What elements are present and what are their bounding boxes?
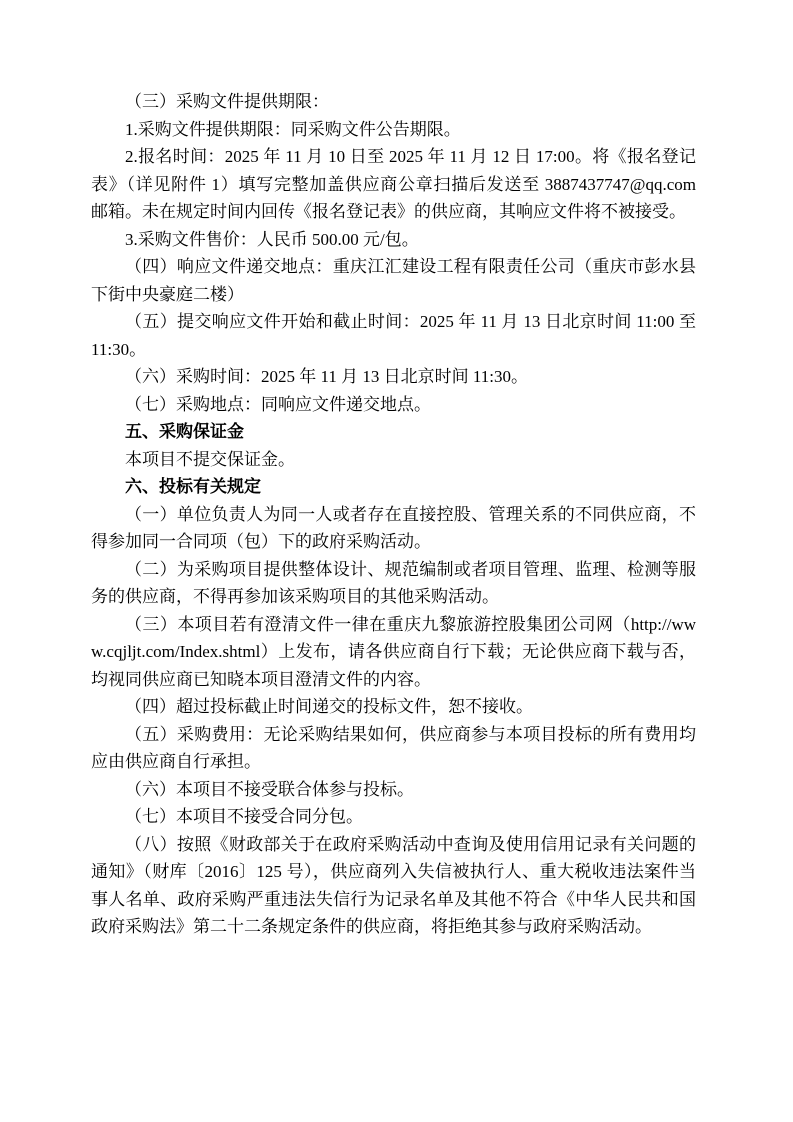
paragraph-rule-7-no-subcontract: （七）本项目不接受合同分包。 <box>91 803 696 831</box>
paragraph-section3-title: （三）采购文件提供期限： <box>91 88 696 116</box>
paragraph-rule-8-credit-records: （八）按照《财政部关于在政府采购活动中查询及使用信用记录有关问题的通知》（财库〔… <box>91 831 696 941</box>
paragraph-registration-time: 2.报名时间：2025 年 11 月 10 日至 2025 年 11 月 12 … <box>91 143 696 226</box>
paragraph-submission-location: （四）响应文件递交地点：重庆江汇建设工程有限责任公司（重庆市彭水县下街中央豪庭二… <box>91 253 696 308</box>
paragraph-rule-4-late-submission: （四）超过投标截止时间递交的投标文件，恕不接收。 <box>91 693 696 721</box>
section-heading-bid-rules: 六、投标有关规定 <box>91 473 696 501</box>
paragraph-rule-2: （二）为采购项目提供整体设计、规范编制或者项目管理、监理、检测等服务的供应商，不… <box>91 556 696 611</box>
paragraph-rule-1: （一）单位负责人为同一人或者存在直接控股、管理关系的不同供应商，不得参加同一合同… <box>91 501 696 556</box>
paragraph-rule-3-clarification: （三）本项目若有澄清文件一律在重庆九黎旅游控股集团公司网（http://www.… <box>91 611 696 694</box>
paragraph-provision-period: 1.采购文件提供期限：同采购文件公告期限。 <box>91 116 696 144</box>
paragraph-no-deposit: 本项目不提交保证金。 <box>91 446 696 474</box>
section-heading-deposit: 五、采购保证金 <box>91 418 696 446</box>
paragraph-rule-6-no-consortium: （六）本项目不接受联合体参与投标。 <box>91 776 696 804</box>
paragraph-procurement-time: （六）采购时间：2025 年 11 月 13 日北京时间 11:30。 <box>91 363 696 391</box>
paragraph-document-price: 3.采购文件售价：人民币 500.00 元/包。 <box>91 226 696 254</box>
paragraph-rule-5-costs: （五）采购费用：无论采购结果如何，供应商参与本项目投标的所有费用均应由供应商自行… <box>91 721 696 776</box>
document-page: （三）采购文件提供期限： 1.采购文件提供期限：同采购文件公告期限。 2.报名时… <box>0 0 793 1122</box>
paragraph-submission-time: （五）提交响应文件开始和截止时间：2025 年 11 月 13 日北京时间 11… <box>91 308 696 363</box>
paragraph-procurement-location: （七）采购地点：同响应文件递交地点。 <box>91 391 696 419</box>
